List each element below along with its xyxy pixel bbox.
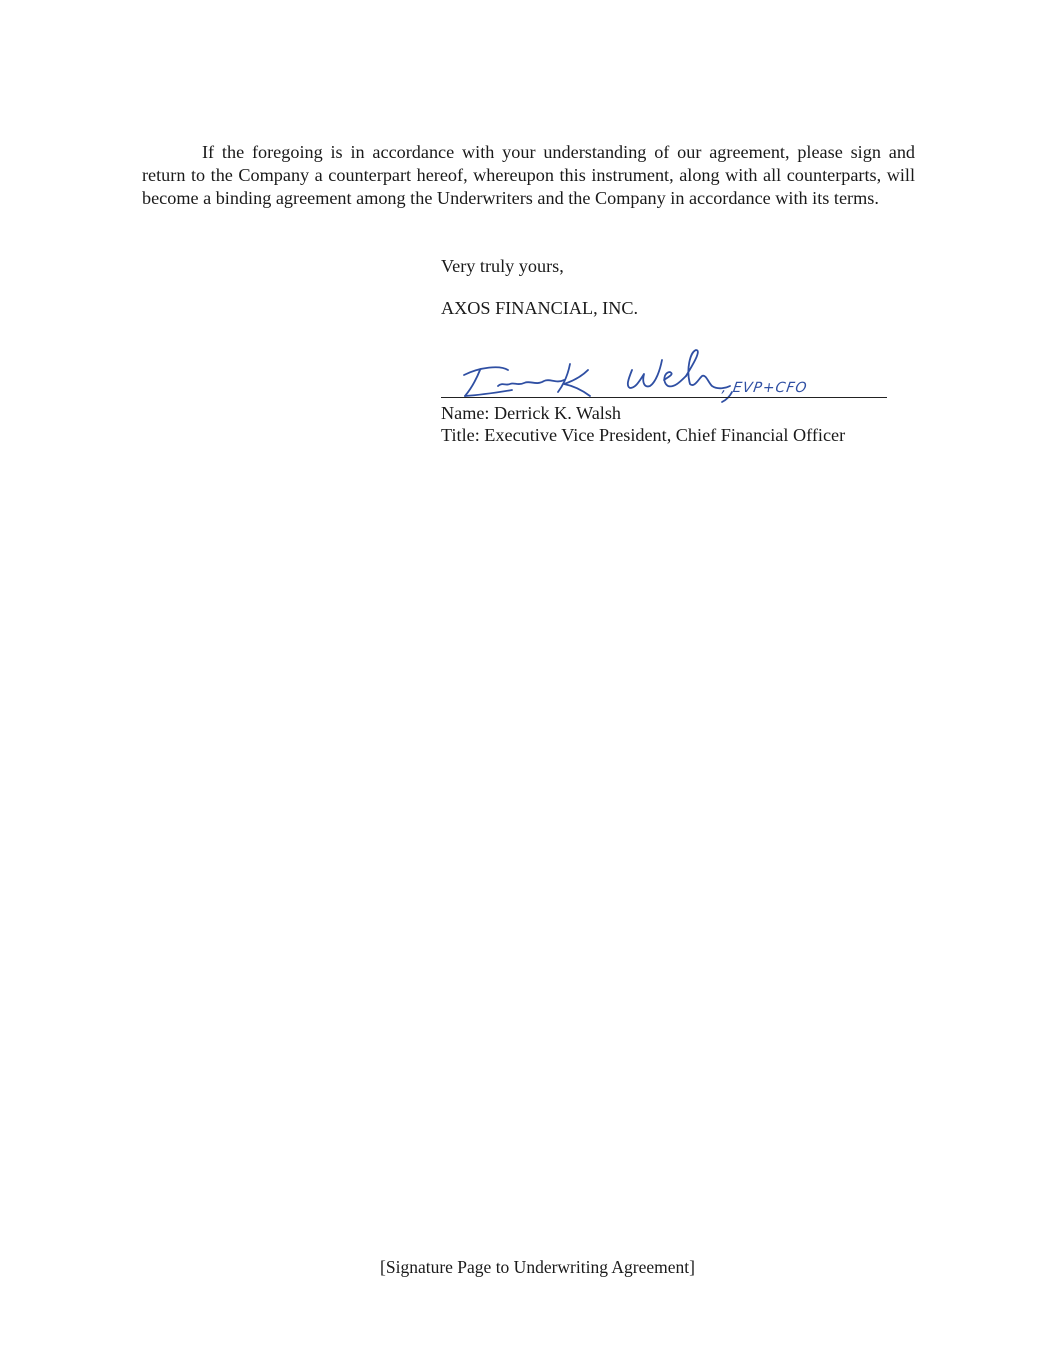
- signer-name: Name: Derrick K. Walsh: [441, 402, 621, 424]
- page-footer-caption: [Signature Page to Underwriting Agreemen…: [0, 1256, 1055, 1278]
- signature-annotation: , EVP+CFO: [721, 380, 809, 396]
- agreement-paragraph: If the foregoing is in accordance with y…: [142, 141, 915, 211]
- closing-salutation: Very truly yours,: [441, 255, 564, 277]
- signer-title: Title: Executive Vice President, Chief F…: [441, 424, 845, 446]
- signature-line: [441, 397, 887, 398]
- handwritten-signature: [440, 340, 900, 410]
- company-name: AXOS FINANCIAL, INC.: [441, 297, 638, 319]
- paragraph-text: If the foregoing is in accordance with y…: [142, 142, 915, 208]
